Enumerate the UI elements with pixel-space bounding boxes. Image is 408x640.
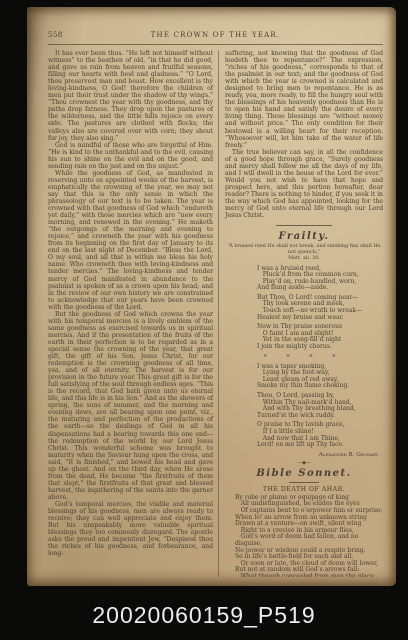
page-number: 558 xyxy=(48,31,63,39)
paragraph: God’s temporal mercies, the visible and … xyxy=(48,501,213,557)
page-header: 558 THE CROWN OF THE YEAR. xyxy=(48,31,383,41)
paragraph: While the goodness of God, as manifested… xyxy=(48,170,213,311)
paragraph: God is mindful of those who are forgetfu… xyxy=(48,142,213,170)
paragraph: The true believer can say, in all the co… xyxy=(225,149,383,219)
header-rule xyxy=(48,44,383,45)
frailty-stanza: O praise to Thy lavish grace, If I a lit… xyxy=(257,422,383,448)
stanza-break-asterisks: * * * * xyxy=(225,354,383,361)
section-rule xyxy=(276,225,332,226)
frailty-stanza: Now in Thy praise sonorous O faint I am … xyxy=(257,324,383,350)
page-content: 558 THE CROWN OF THE YEAR. It has ever b… xyxy=(48,31,383,577)
archival-photo: 558 THE CROWN OF THE YEAR. It has ever b… xyxy=(0,0,408,640)
left-column: It has ever been thus. “He left not hims… xyxy=(48,50,218,577)
archive-label: 20020060159_P519 xyxy=(92,602,315,629)
frailty-stanza: I was a bruisèd reed, Pluck’d from the c… xyxy=(257,266,383,292)
frailty-stanza: But Thou, O Lord! coming near— Thy look … xyxy=(257,295,383,321)
sonnet-text: By robe or plume or equipage of king All… xyxy=(235,495,383,577)
section-rule xyxy=(289,482,319,483)
frailty-epigraph: “A bruised reed He shall not break, and … xyxy=(227,244,381,261)
paragraph: suffering, not knowing that the goodness… xyxy=(225,50,383,149)
right-column: suffering, not knowing that the goodness… xyxy=(219,50,383,577)
running-title: THE CROWN OF THE YEAR. xyxy=(48,31,383,39)
frailty-author: Alexander B. Grosart. xyxy=(225,452,380,458)
frailty-heading: Frailty. xyxy=(225,231,383,242)
bible-sonnet-heading: Bible Sonnet. xyxy=(225,468,383,479)
two-column-text: It has ever been thus. “He left not hims… xyxy=(48,50,383,577)
frailty-stanza: Thou, O Lord, passing by, Within Thy nai… xyxy=(257,393,383,419)
frailty-stanza: I was a taper smoking, Lying by the foot… xyxy=(257,364,383,390)
book-page: 558 THE CROWN OF THE YEAR. It has ever b… xyxy=(27,7,396,586)
paragraph: But the goodness of God which crowns the… xyxy=(48,311,213,501)
paragraph: It has ever been thus. “He left not hims… xyxy=(48,50,213,142)
sonnet-subtitle: THE DEATH OF AHAB. xyxy=(225,486,383,493)
divider-ornament: —◆— xyxy=(225,460,383,466)
